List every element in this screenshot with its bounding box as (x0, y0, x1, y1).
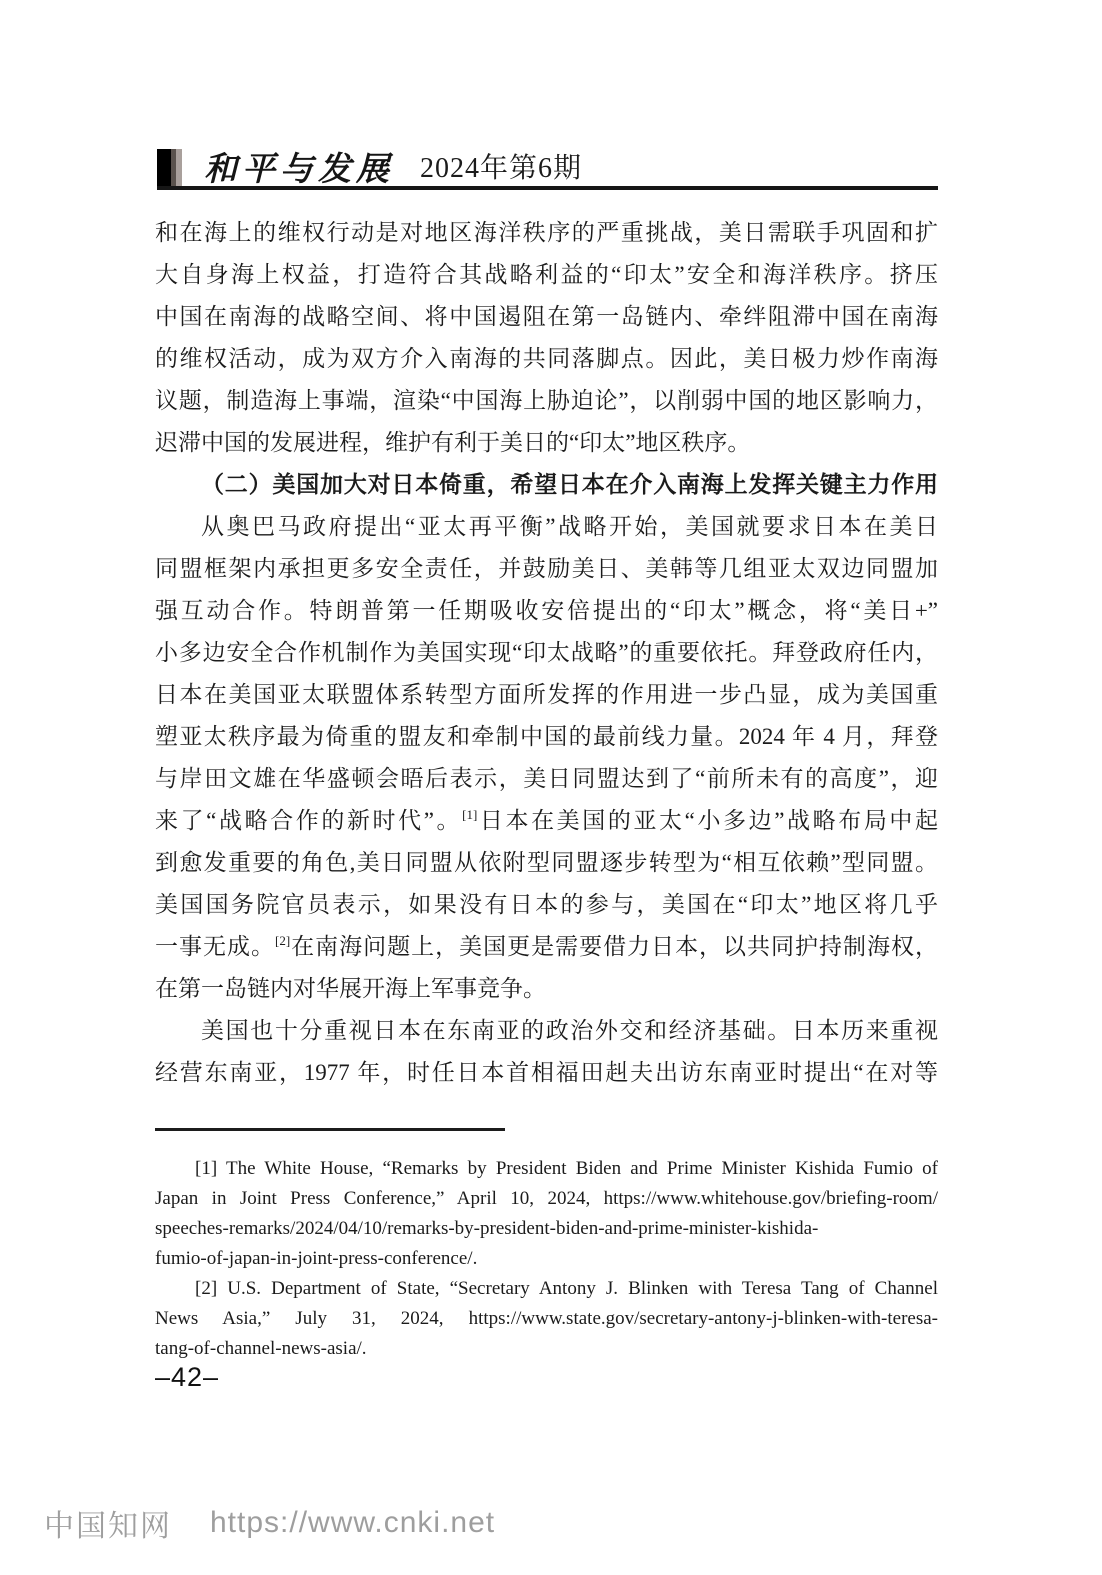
body-line: 经营东南亚，1977 年，时任日本首相福田赳夫出访东南亚时提出“在对等 (155, 1052, 938, 1094)
body-line: 美国也十分重视日本在东南亚的政治外交和经济基础。日本历来重视 (155, 1010, 938, 1052)
body-line: 大自身海上权益，打造符合其战略利益的“印太”安全和海洋秩序。挤压 (155, 254, 938, 296)
body-line: 日本在美国亚太联盟体系转型方面所发挥的作用进一步凸显，成为美国重 (155, 674, 938, 716)
body-line: （二）美国加大对日本倚重，希望日本在介入南海上发挥关键主力作用 (155, 464, 938, 506)
journal-title: 和平与发展 (204, 143, 394, 190)
footnote-separator-rule (155, 1128, 505, 1131)
page-number: –42– (155, 1362, 219, 1393)
footnote-line: News Asia,” July 31, 2024, https://www.s… (155, 1304, 938, 1334)
body-line: 一事无成。[2]在南海问题上，美国更是需要借力日本，以共同护持制海权， (155, 926, 938, 968)
body-line: 与岸田文雄在华盛顿会晤后表示，美日同盟达到了“前所未有的高度”，迎 (155, 758, 938, 800)
footnote-line: Japan in Joint Press Conference,” April … (155, 1184, 938, 1214)
footnote-ref-marker: [2] (275, 933, 290, 948)
cnki-url: https://www.cnki.net (210, 1506, 495, 1540)
footnote-ref-marker: [1] (462, 807, 477, 822)
footnote-line: [2] U.S. Department of State, “Secretary… (155, 1274, 938, 1304)
cnki-brand: 中国知网 (44, 1501, 172, 1545)
body-line: 的维权活动，成为双方介入南海的共同落脚点。因此，美日极力炒作南海 (155, 338, 938, 380)
cnki-watermark: 中国知网 https://www.cnki.net (44, 1501, 495, 1545)
header-light-gray-bar (176, 149, 182, 188)
footnote-line: [1] The White House, “Remarks by Preside… (155, 1154, 938, 1184)
body-line: 在第一岛链内对华展开海上军事竞争。 (155, 968, 938, 1010)
header-titles: 和平与发展 2024年第6期 (204, 146, 582, 186)
header-black-bar (157, 149, 171, 188)
body-line: 同盟框架内承担更多安全责任，并鼓励美日、美韩等几组亚太双边同盟加 (155, 548, 938, 590)
issue-label: 2024年第6期 (420, 146, 582, 186)
body-line: 小多边安全合作机制作为美国实现“印太战略”的重要依托。拜登政府任内， (155, 632, 938, 674)
footnote-line: speeches-remarks/2024/04/10/remarks-by-p… (155, 1214, 938, 1244)
body-line: 来了“战略合作的新时代”。[1]日本在美国的亚太“小多边”战略布局中起 (155, 800, 938, 842)
body-line: 迟滞中国的发展进程，维护有利于美日的“印太”地区秩序。 (155, 422, 938, 464)
footnote-line: fumio-of-japan-in-joint-press-conference… (155, 1244, 938, 1274)
body-line: 美国国务院官员表示，如果没有日本的参与，美国在“印太”地区将几乎 (155, 884, 938, 926)
footnote-line: tang-of-channel-news-asia/. (155, 1334, 938, 1364)
body-line: 塑亚太秩序最为倚重的盟友和牵制中国的最前线力量。2024 年 4 月，拜登 (155, 716, 938, 758)
header-rule (157, 186, 938, 190)
body-line: 中国在南海的战略空间、将中国遏阻在第一岛链内、牵绊阻滞中国在南海 (155, 296, 938, 338)
body-line: 到愈发重要的角色,美日同盟从依附型同盟逐步转型为“相互依赖”型同盟。 (155, 842, 938, 884)
body-line: 强互动合作。特朗普第一任期吸收安倍提出的“印太”概念，将“美日+” (155, 590, 938, 632)
article-body: 和在海上的维权行动是对地区海洋秩序的严重挑战，美日需联手巩固和扩大自身海上权益，… (155, 212, 938, 1094)
body-line: 从奥巴马政府提出“亚太再平衡”战略开始，美国就要求日本在美日 (155, 506, 938, 548)
body-line: 议题，制造海上事端，渲染“中国海上胁迫论”，以削弱中国的地区影响力， (155, 380, 938, 422)
footnotes: [1] The White House, “Remarks by Preside… (155, 1154, 938, 1364)
body-line: 和在海上的维权行动是对地区海洋秩序的严重挑战，美日需联手巩固和扩 (155, 212, 938, 254)
journal-page: 和平与发展 2024年第6期 和在海上的维权行动是对地区海洋秩序的严重挑战，美日… (0, 0, 1102, 1575)
